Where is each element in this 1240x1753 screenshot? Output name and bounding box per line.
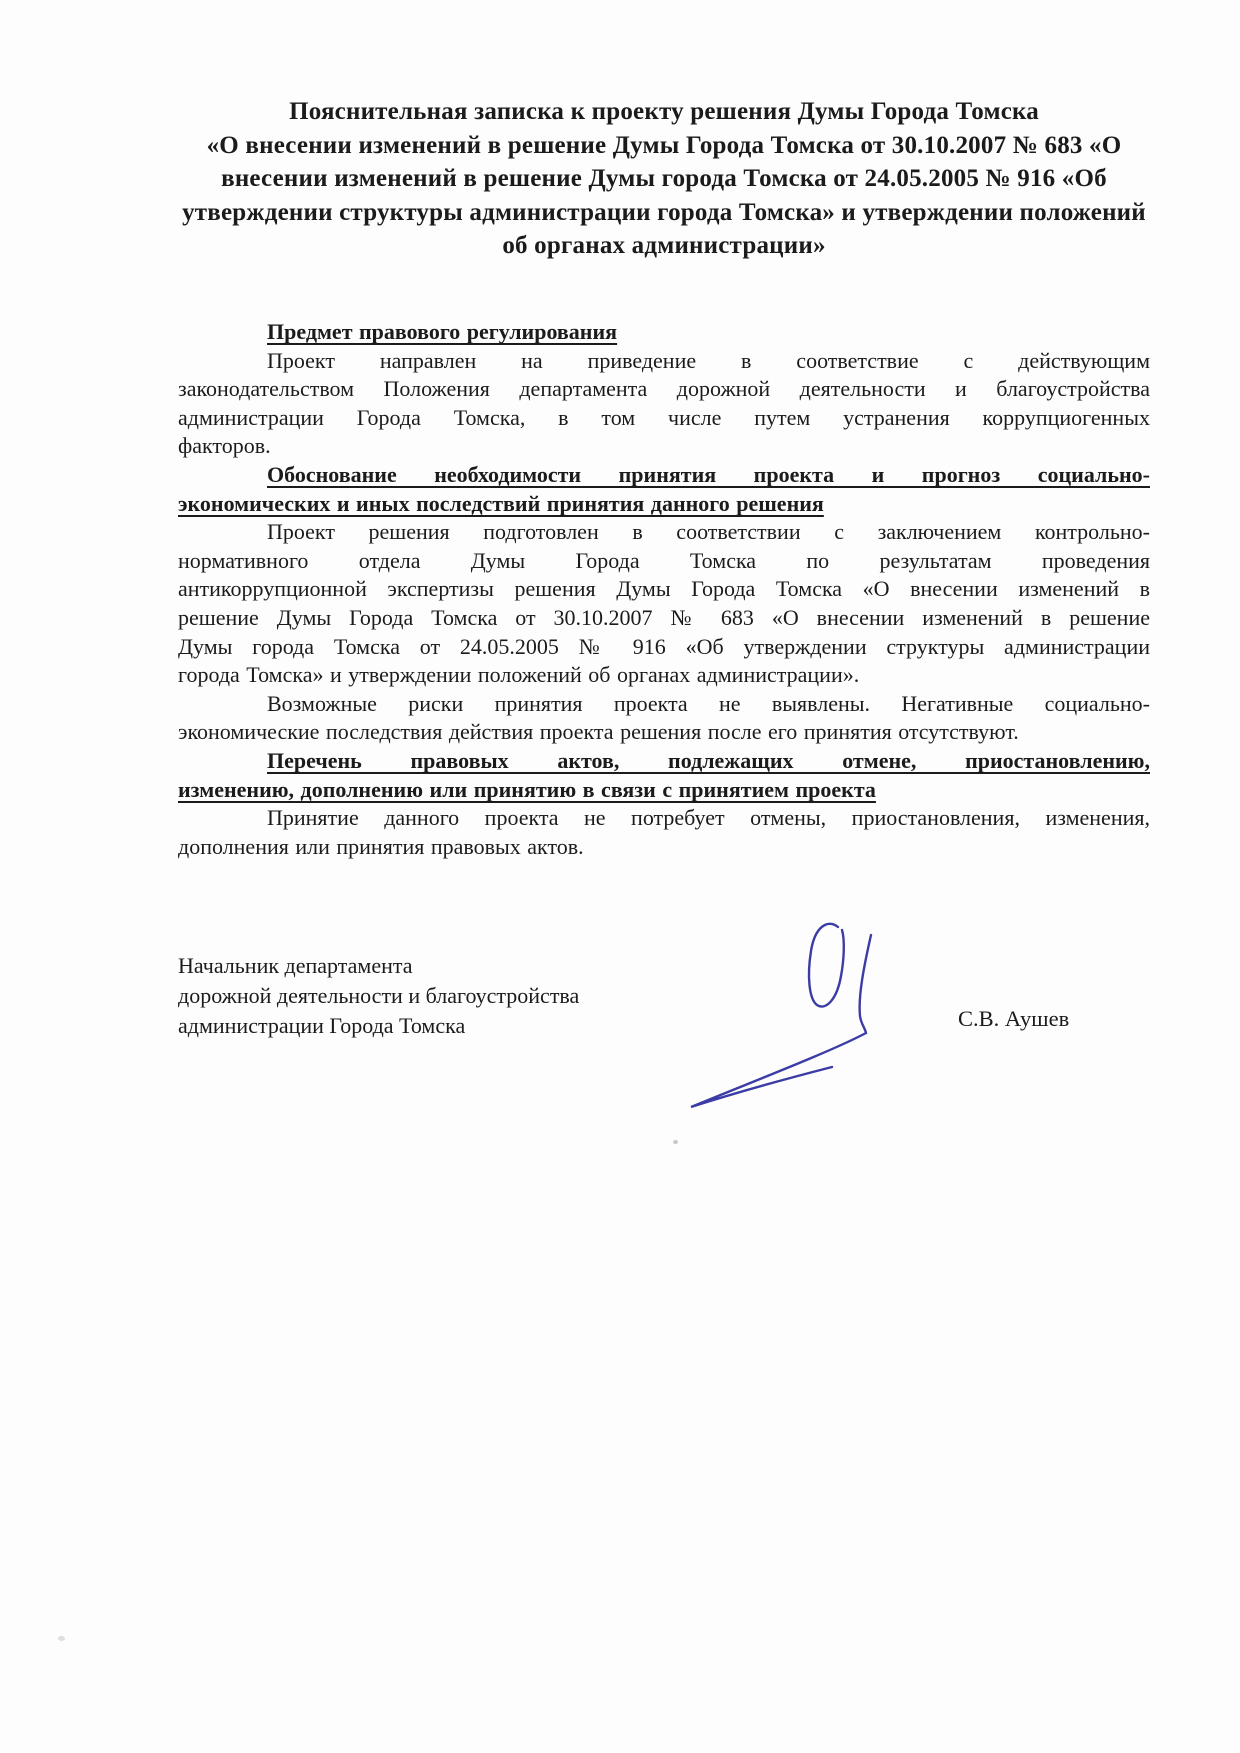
section-heading-acts-list: Перечень правовых актов, подлежащих отме… xyxy=(178,747,1150,776)
signatory-position-line: Начальник департамента xyxy=(178,951,579,981)
section-heading-subject: Предмет правового регулирования xyxy=(178,318,1150,347)
paragraph-line: администрации Города Томска, в том числе… xyxy=(178,404,1150,433)
section-heading-justification: экономических и иных последствий приняти… xyxy=(178,490,1150,519)
section-heading-acts-list: изменению, дополнению или принятию в свя… xyxy=(178,776,1150,805)
title-line: об органах администрации» xyxy=(178,229,1150,263)
paragraph-line: факторов. xyxy=(178,432,1150,461)
title-line: Пояснительная записка к проекту решения … xyxy=(178,95,1150,129)
signatory-position: Начальник департамента дорожной деятельн… xyxy=(178,951,579,1040)
document-title: Пояснительная записка к проекту решения … xyxy=(178,95,1150,263)
signatory-name: С.В. Аушев xyxy=(958,1005,1069,1033)
paragraph-line: Проект направлен на приведение в соответ… xyxy=(178,347,1150,376)
paragraph-line: антикоррупционной экспертизы решения Дум… xyxy=(178,575,1150,604)
title-line: утверждении структуры администрации горо… xyxy=(178,196,1150,230)
scan-speck xyxy=(673,1140,678,1144)
paragraph-line: решение Думы Города Томска от 30.10.2007… xyxy=(178,604,1150,633)
signatory-position-line: дорожной деятельности и благоустройства xyxy=(178,981,579,1011)
paragraph-line: законодательством Положения департамента… xyxy=(178,375,1150,404)
paragraph-line: нормативного отдела Думы Города Томска п… xyxy=(178,547,1150,576)
title-line: «О внесении изменений в решение Думы Гор… xyxy=(178,129,1150,163)
scan-speck xyxy=(58,1636,65,1641)
title-line: внесении изменений в решение Думы города… xyxy=(178,162,1150,196)
paragraph-line: Принятие данного проекта не потребует от… xyxy=(178,804,1150,833)
scanned-document-page: Пояснительная записка к проекту решения … xyxy=(0,0,1240,1753)
paragraph-line: экономические последствия действия проек… xyxy=(178,718,1150,747)
signatory-position-line: администрации Города Томска xyxy=(178,1011,579,1041)
paragraph-line: Проект решения подготовлен в соответстви… xyxy=(178,518,1150,547)
section-heading-justification: Обоснование необходимости принятия проек… xyxy=(178,461,1150,490)
handwritten-signature-ink xyxy=(678,918,883,1118)
paragraph-line: дополнения или принятия правовых актов. xyxy=(178,833,1150,862)
document-body: Предмет правового регулирования Проект н… xyxy=(178,318,1150,861)
paragraph-line: города Томска» и утверждении положений о… xyxy=(178,661,1150,690)
paragraph-line: Думы города Томска от 24.05.2005 № 916 «… xyxy=(178,633,1150,662)
paragraph-line: Возможные риски принятия проекта не выяв… xyxy=(178,690,1150,719)
